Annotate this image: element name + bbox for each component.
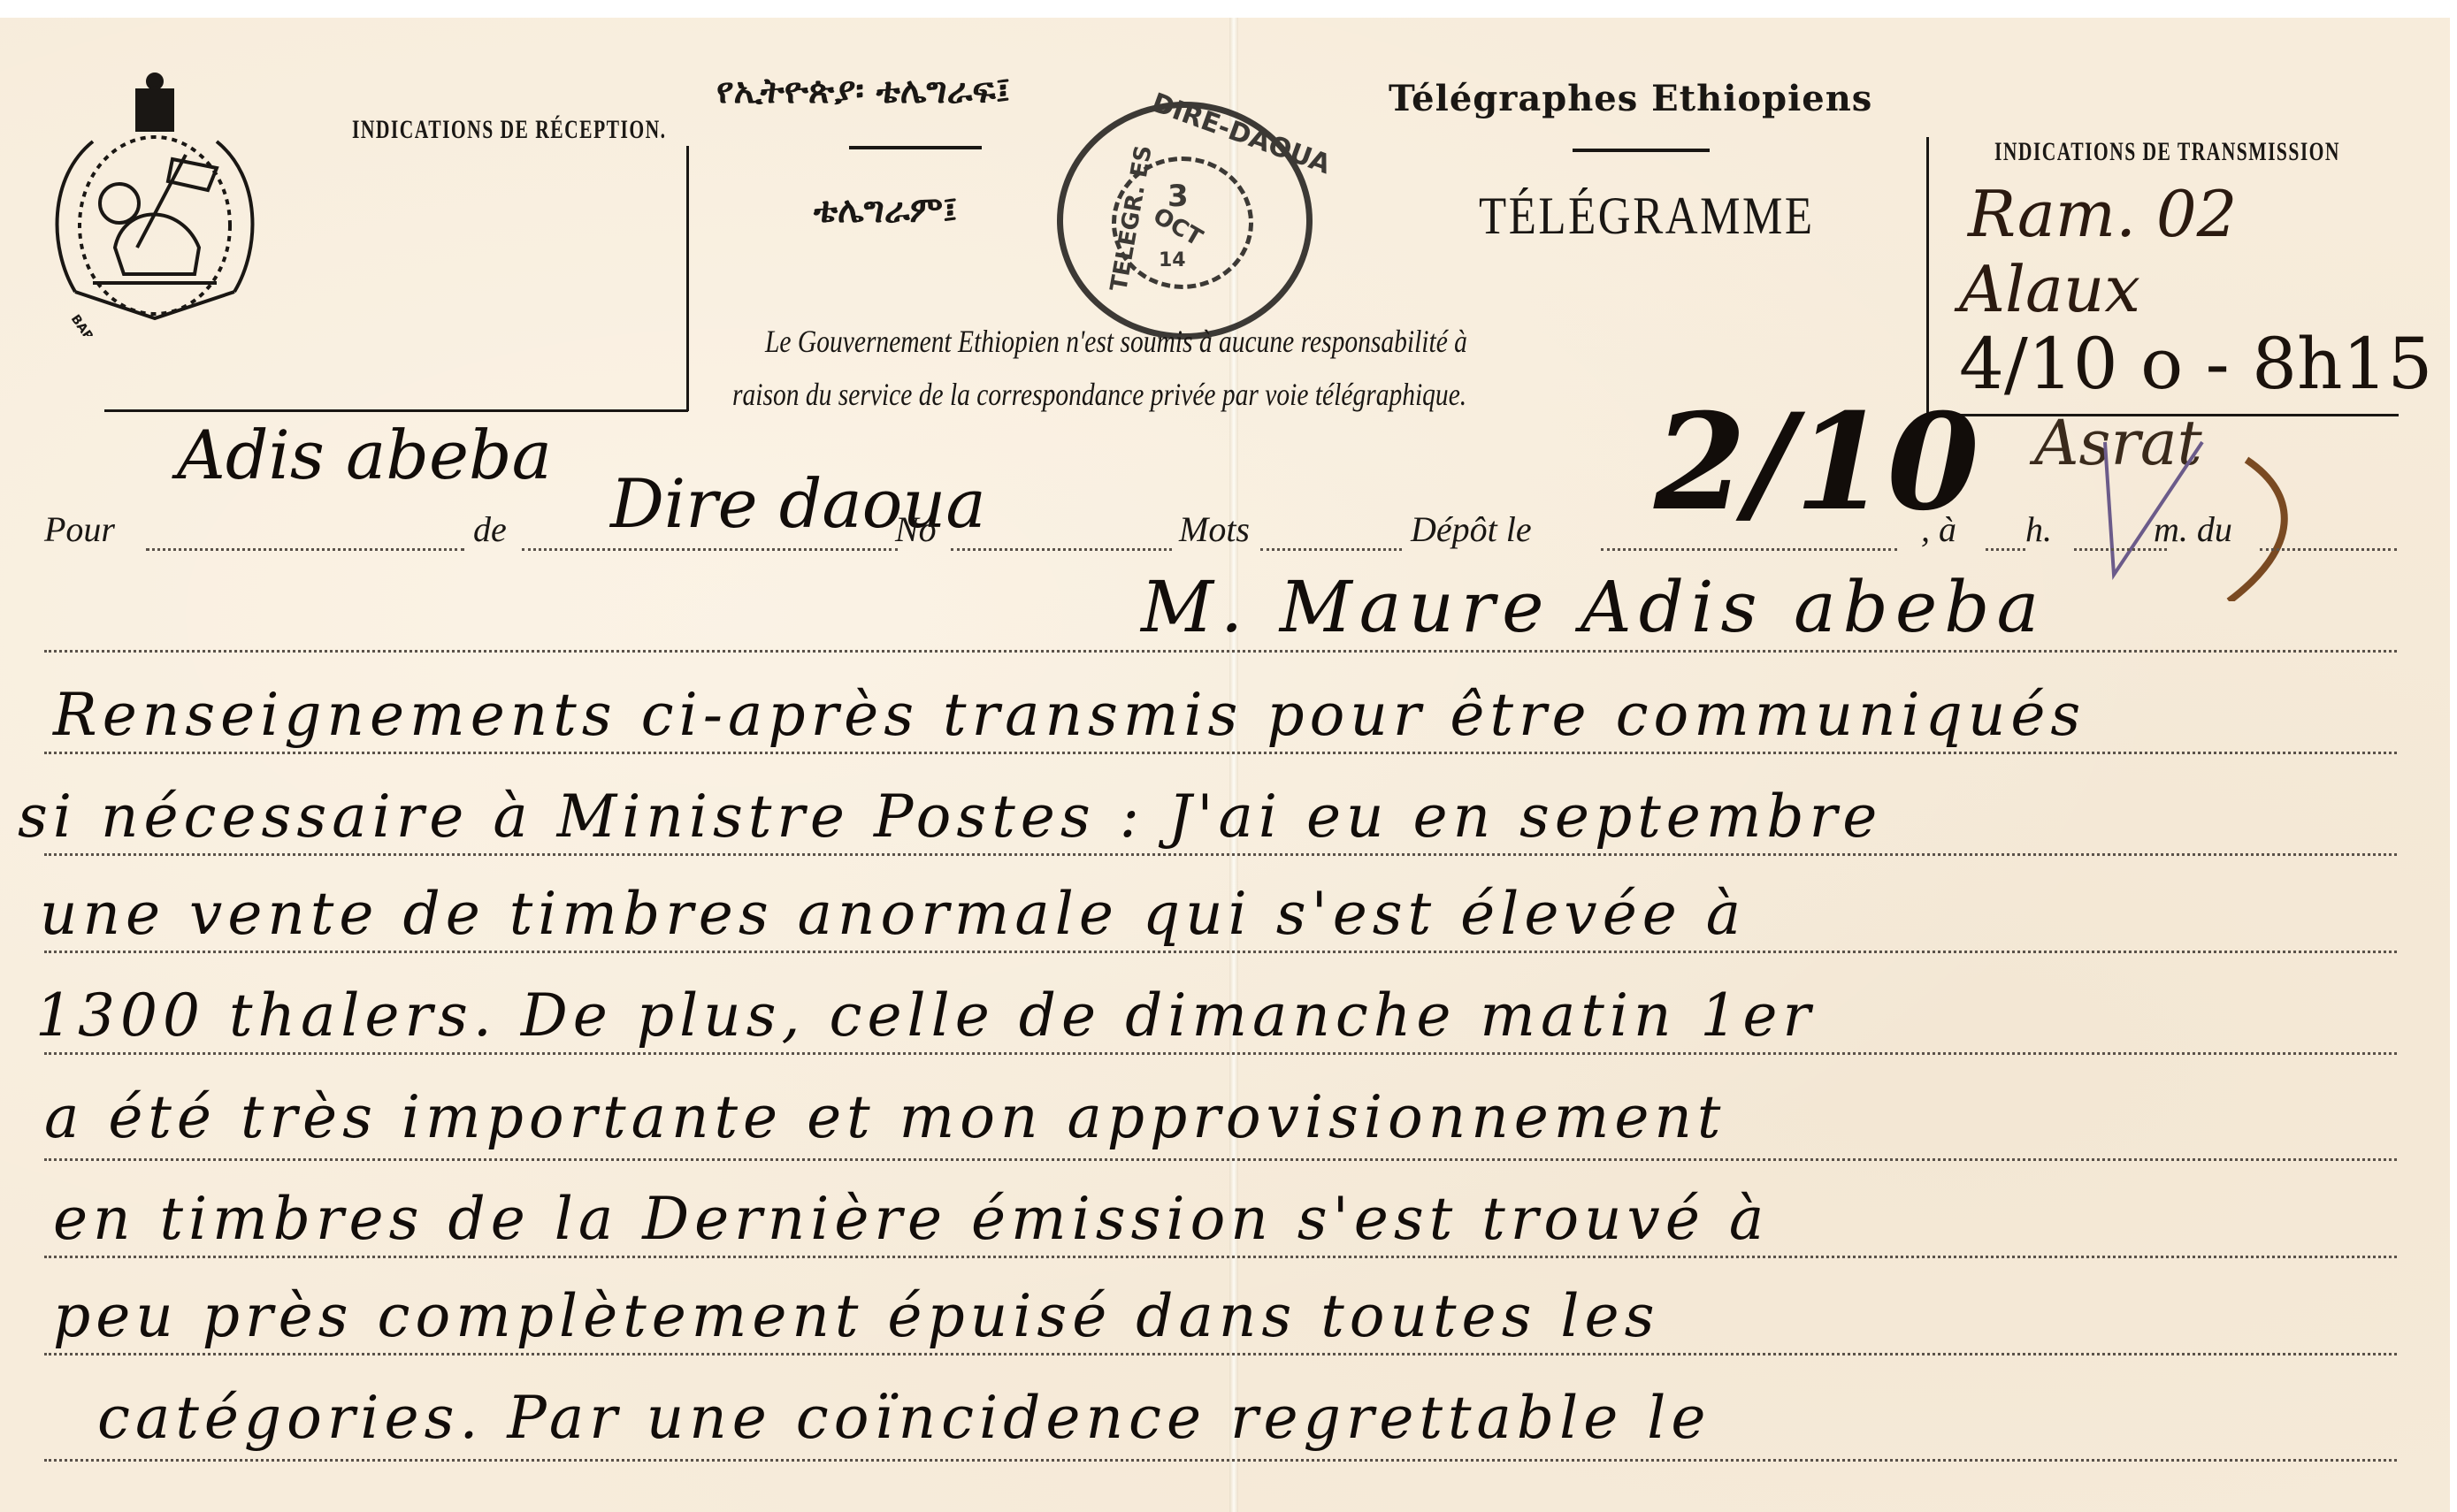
header-divider-left: [686, 146, 689, 411]
pour-field-line: [146, 548, 464, 551]
reception-indications-label: INDICATIONS DE RÉCEPTION.: [352, 115, 666, 145]
message-line-6: en timbres de la Dernière émission s'est…: [53, 1185, 1769, 1253]
disclaimer-line-1: Le Gouvernement Ethiopien n'est soumis à…: [765, 323, 1467, 360]
header-divider-right: [1926, 137, 1929, 416]
lion-of-judah-crest-icon: BARBOIRE: [40, 71, 270, 336]
de-label: de: [473, 508, 507, 550]
title-rule: [1573, 149, 1710, 152]
rule-line: [44, 853, 2397, 856]
a-label: , à: [1921, 508, 1956, 550]
telegramme-heading: TÉLÉGRAMME: [1479, 186, 1815, 247]
amharic-title: የኢትዮጵያ፡ ቴሌግራፍ፤: [716, 71, 1010, 111]
amharic-title-rule: [849, 146, 982, 149]
addressee-line: [44, 650, 2397, 653]
mots-label: Mots: [1179, 508, 1250, 550]
transmission-note-1: Ram. 02: [1968, 177, 2237, 251]
rule-line: [44, 1256, 2397, 1258]
rule-line: [44, 1158, 2397, 1161]
transmission-note-3: 4/10 o - 8h15: [1959, 323, 2432, 405]
message-line-1: Renseignements ci-après transmis pour êt…: [53, 681, 2086, 749]
numero-field-line: [951, 548, 1172, 551]
depot-label: Dépôt le: [1411, 508, 1532, 550]
rule-line: [44, 1459, 2397, 1462]
rule-line: [44, 951, 2397, 953]
hour-label: h.: [2025, 508, 2052, 550]
addressee: M. Maure Adis abeba: [1141, 566, 2046, 648]
amharic-subtitle: ቴሌግራም፤: [814, 190, 957, 231]
pour-value: Adis abeba: [177, 416, 552, 494]
rule-line: [44, 1052, 2397, 1055]
transmission-note-2: Alaux: [1959, 252, 2140, 326]
minute-field-line: [2260, 548, 2397, 551]
message-line-7: peu près complètement épuisé dans toutes…: [53, 1282, 1659, 1350]
disclaimer-line-2: raison du service de la correspondance p…: [732, 376, 1466, 413]
message-line-4: 1300 thalers. De plus, celle de dimanche…: [35, 981, 1816, 1050]
rule-line: [44, 752, 2397, 754]
pour-label: Pour: [44, 508, 115, 550]
message-line-3: une vente de timbres anormale qui s'est …: [40, 880, 1746, 948]
message-line-8: catégories. Par une coïncidence regretta…: [97, 1384, 1711, 1452]
dire-daoua-postmark: DIRE-DAOUA TELEGR. ES 3 OCT 14: [1057, 102, 1313, 340]
message-line-2: si nécessaire à Ministre Postes : J'ai e…: [18, 783, 1882, 851]
message-line-5: a été très importante et mon approvision…: [44, 1083, 1726, 1151]
mots-field-line: [1260, 548, 1402, 551]
document-title: Télégraphes Ethiopiens: [1389, 78, 1872, 119]
de-field-line: [522, 548, 898, 551]
numero-label: No: [895, 508, 937, 550]
rule-line: [44, 1353, 2397, 1355]
a-field-line: [1986, 548, 2025, 551]
transmission-indications-label: INDICATIONS DE TRANSMISSION: [1994, 137, 2340, 167]
svg-text:BARBOIRE: BARBOIRE: [68, 312, 120, 336]
depot-field-line: [1601, 548, 1897, 551]
minute-label: m. du: [2154, 508, 2232, 550]
reception-underline: [104, 409, 688, 412]
